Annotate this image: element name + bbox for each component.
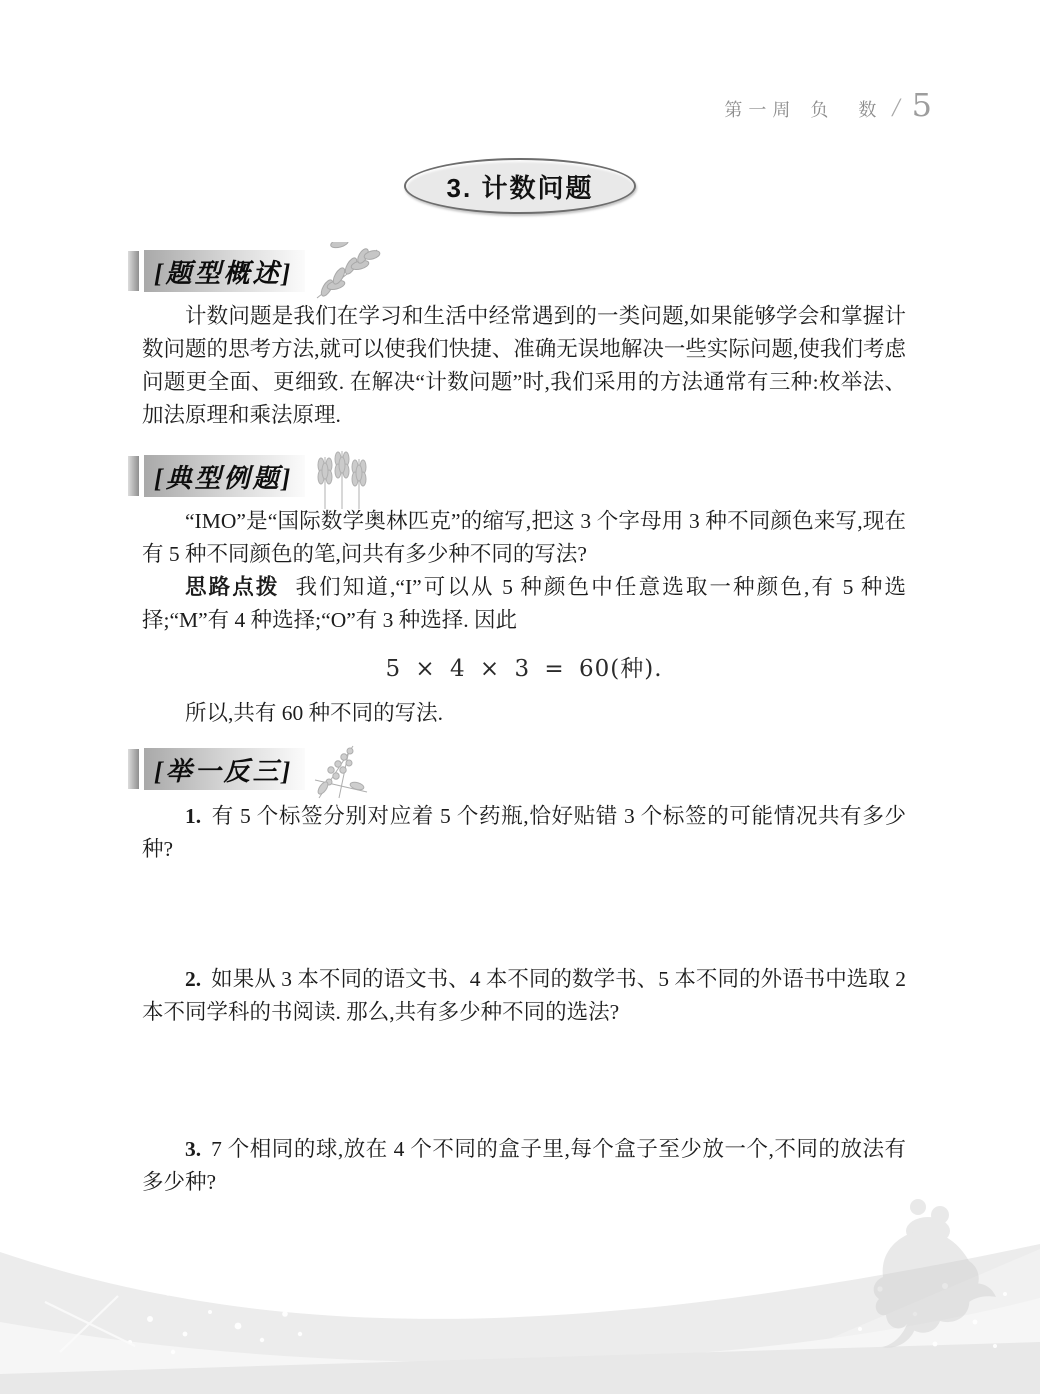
example-conclusion: 所以,共有 60 种不同的写法. (142, 697, 906, 730)
practice-problem-1: 1.有 5 个标签分别对应着 5 个药瓶,恰好贴错 3 个标签的可能情况共有多少… (142, 800, 906, 866)
running-head-week: 第一周 (724, 96, 796, 122)
dolphin-watermark (856, 1189, 1006, 1354)
example-hint: 思路点拨我们知道,“I”可以从 5 种颜色中任意选取一种颜色,有 5 种选择;“… (142, 571, 906, 637)
marker-overview: [题型概述] (128, 250, 385, 292)
leaf-branch-icon (309, 242, 385, 292)
marker-accent-bar (128, 251, 139, 291)
page-number: 5 (912, 86, 932, 124)
example-problem: “IMO”是“国际数学奥林匹克”的缩写,把这 3 个字母用 3 种不同颜色来写,… (142, 505, 906, 571)
problem-3-number: 3. (185, 1137, 201, 1161)
marker-accent-bar (128, 749, 139, 789)
problem-2-text: 如果从 3 本不同的语文书、4 本不同的数学书、5 本不同的外语书中选取 2 本… (142, 967, 906, 1024)
marker-example-label: [典型例题] (154, 458, 293, 495)
running-head-slash: / (892, 93, 899, 123)
section-title-oval: 3. 计数问题 (404, 158, 636, 214)
problem-1-text: 有 5 个标签分别对应着 5 个药瓶,恰好贴错 3 个标签的可能情况共有多少种? (142, 804, 906, 861)
textbook-page: 第一周 负 数 / 5 3. 计数问题 [题型概述] (0, 0, 1040, 1394)
practice-problem-3: 3.7 个相同的球,放在 4 个不同的盒子里,每个盒子至少放一个,不同的放法有多… (142, 1133, 906, 1199)
hint-label: 思路点拨 (185, 575, 280, 599)
problem-3-text: 7 个相同的球,放在 4 个不同的盒子里,每个盒子至少放一个,不同的放法有多少种… (142, 1137, 906, 1194)
marker-example: [典型例题] (128, 455, 375, 497)
problem-2-number: 2. (185, 967, 201, 991)
wheat-spike-icon (309, 447, 375, 497)
marker-accent-bar (128, 456, 139, 496)
marker-gradient-bar: [举一反三] (144, 748, 305, 790)
overview-paragraph: 计数问题是我们在学习和生活中经常遇到的一类问题,如果能够学会和掌握计数问题的思考… (142, 300, 906, 432)
marker-gradient-bar: [典型例题] (144, 455, 305, 497)
practice-problem-2: 2.如果从 3 本不同的语文书、4 本不同的数学书、5 本不同的外语书中选取 2… (142, 963, 906, 1029)
berry-spray-icon (309, 740, 373, 790)
section-title: 3. 计数问题 (447, 168, 594, 205)
running-head: 第一周 负 数 / 5 (724, 86, 932, 124)
problem-1-number: 1. (185, 804, 201, 828)
marker-practice: [举一反三] (128, 748, 373, 790)
marker-gradient-bar: [题型概述] (144, 250, 305, 292)
formula: 5 × 4 × 3 = 60(种). (142, 650, 906, 683)
running-head-subject: 负 数 (810, 96, 882, 122)
marker-practice-label: [举一反三] (154, 751, 293, 788)
marker-overview-label: [题型概述] (154, 253, 293, 290)
